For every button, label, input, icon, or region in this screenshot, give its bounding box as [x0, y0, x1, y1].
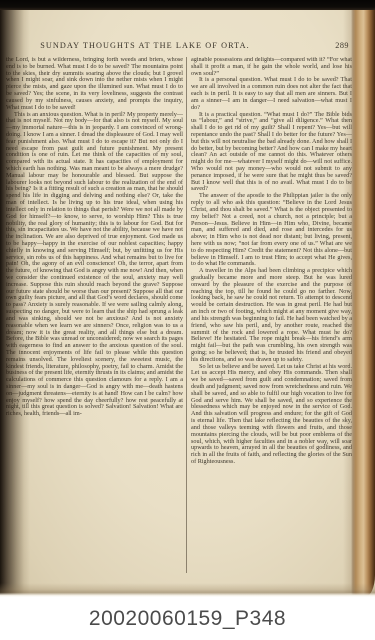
top-black-border — [0, 0, 375, 10]
paragraph: The answer of the apostle to the Philipp… — [191, 193, 352, 268]
right-column: aginable possessions and delights—compar… — [191, 57, 352, 574]
book-fore-edge — [351, 8, 375, 597]
paragraph: the Lord, is but a wilderness, bringing … — [6, 57, 183, 112]
paragraph: It is a personal question. What must I d… — [191, 77, 352, 111]
paragraph: So let us believe and be saved. Let us t… — [191, 364, 352, 466]
page-bottom-edge — [0, 583, 375, 597]
caption-strip: 20020060159_P348 — [0, 597, 375, 640]
paragraph: A traveller in the Alps had been climbin… — [191, 268, 352, 363]
paragraph: This is an anxious question. What is in … — [6, 112, 183, 419]
paragraph: aginable possessions and delights—compar… — [191, 57, 352, 77]
book-page-photo: SUNDAY THOUGHTS AT THE LAKE OF ORTA. 289… — [0, 0, 375, 597]
paragraph: It is a practical question. “What must I… — [191, 112, 352, 194]
catalog-number-label: 20020060159_P348 — [89, 607, 286, 631]
text-columns: the Lord, is but a wilderness, bringing … — [0, 57, 375, 574]
running-head: SUNDAY THOUGHTS AT THE LAKE OF ORTA. — [30, 41, 260, 50]
column-divider-rule — [186, 57, 187, 573]
spine-gutter-shadow — [0, 0, 30, 597]
left-column: the Lord, is but a wilderness, bringing … — [6, 57, 183, 574]
